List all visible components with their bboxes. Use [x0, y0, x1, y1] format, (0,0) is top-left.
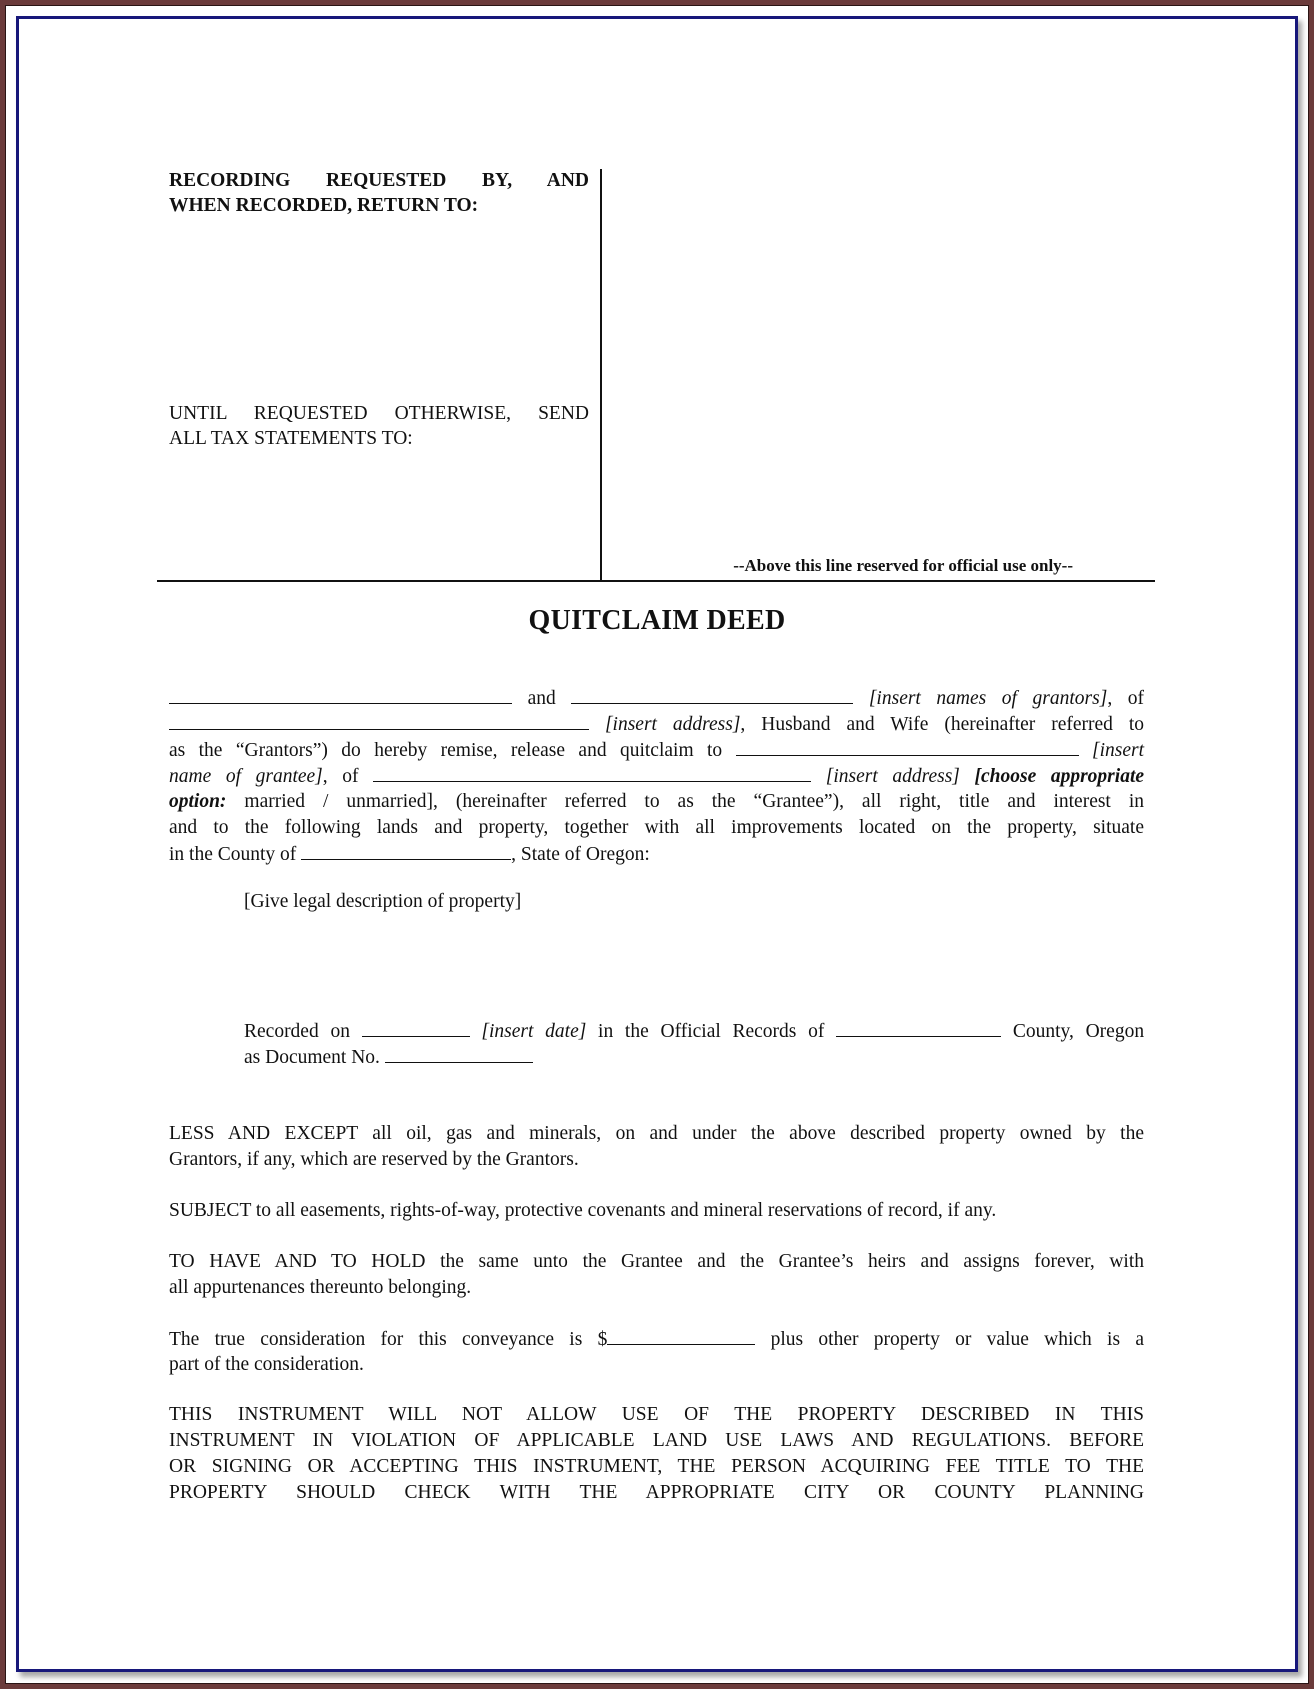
grant-line-2: [insert address], Husband and Wife (here… — [169, 711, 1144, 737]
grant-line-1: and [insert names of grantors], of — [169, 685, 1144, 711]
consideration-line-2: part of the consideration. — [169, 1352, 1144, 1378]
document-number-blank[interactable] — [385, 1044, 533, 1063]
grantee-name-blank[interactable] — [736, 737, 1079, 756]
recorded-line-2: as Document No. — [244, 1044, 1144, 1070]
to-have-line-1: TO HAVE AND TO HOLD the same unto the Gr… — [169, 1249, 1144, 1275]
page-title: QUITCLAIM DEED — [0, 605, 1314, 637]
land-use-warning-paragraph: THIS INSTRUMENT WILL NOT ALLOW USE OF TH… — [169, 1402, 1144, 1506]
grantee-address-blank[interactable] — [373, 763, 811, 782]
recording-requested-line-2: WHEN RECORDED, RETURN TO: — [169, 193, 589, 218]
warning-line-3: OR SIGNING OR ACCEPTING THIS INSTRUMENT,… — [169, 1454, 1144, 1480]
grant-line-5: option: married / unmarried], (hereinaft… — [169, 789, 1144, 815]
record-date-blank[interactable] — [362, 1018, 470, 1037]
grantor-address-blank[interactable] — [169, 711, 589, 730]
grant-line-4: name of grantee], of [insert address] [c… — [169, 763, 1144, 789]
consideration-amount-blank[interactable] — [607, 1326, 755, 1345]
grant-line-7: in the County of , State of Oregon: — [169, 841, 1144, 867]
subject-paragraph: SUBJECT to all easements, rights-of-way,… — [169, 1198, 1144, 1224]
grant-line-6: and to the following lands and property,… — [169, 815, 1144, 841]
header-divider-horizontal — [157, 580, 1155, 582]
warning-line-1: THIS INSTRUMENT WILL NOT ALLOW USE OF TH… — [169, 1402, 1144, 1428]
legal-description-placeholder: [Give legal description of property] — [244, 889, 521, 915]
header-divider-vertical — [600, 169, 602, 580]
grantor-1-blank[interactable] — [169, 685, 512, 704]
tax-statements-line-1: UNTIL REQUESTED OTHERWISE, SEND — [169, 401, 589, 426]
grant-paragraph: and [insert names of grantors], of [inse… — [169, 685, 1144, 867]
recording-requested-line-1: RECORDING REQUESTED BY, AND — [169, 168, 589, 193]
document-page: RECORDING REQUESTED BY, AND WHEN RECORDE… — [0, 0, 1314, 1689]
warning-line-4: PROPERTY SHOULD CHECK WITH THE APPROPRIA… — [169, 1480, 1144, 1506]
tax-statements-line-2: ALL TAX STATEMENTS TO: — [169, 426, 589, 451]
less-except-line-1: LESS AND EXCEPT all oil, gas and mineral… — [169, 1121, 1144, 1147]
to-have-paragraph: TO HAVE AND TO HOLD the same unto the Gr… — [169, 1249, 1144, 1301]
warning-line-2: INSTRUMENT IN VIOLATION OF APPLICABLE LA… — [169, 1428, 1144, 1454]
less-except-line-2: Grantors, if any, which are reserved by … — [169, 1147, 1144, 1173]
recorded-line-1: Recorded on [insert date] in the Officia… — [244, 1018, 1144, 1044]
consideration-paragraph: The true consideration for this conveyan… — [169, 1326, 1144, 1378]
grant-line-3: as the “Grantors”) do hereby remise, rel… — [169, 737, 1144, 763]
record-county-blank[interactable] — [836, 1018, 1001, 1037]
consideration-line-1: The true consideration for this conveyan… — [169, 1326, 1144, 1352]
subject-line: SUBJECT to all easements, rights-of-way,… — [169, 1198, 1144, 1224]
grantor-2-blank[interactable] — [571, 685, 853, 704]
recording-requested-block: RECORDING REQUESTED BY, AND WHEN RECORDE… — [169, 168, 589, 218]
recorded-paragraph: Recorded on [insert date] in the Officia… — [244, 1018, 1144, 1070]
official-use-note: --Above this line reserved for official … — [600, 556, 1155, 576]
less-except-paragraph: LESS AND EXCEPT all oil, gas and mineral… — [169, 1121, 1144, 1173]
county-blank[interactable] — [301, 841, 511, 860]
to-have-line-2: all appurtenances thereunto belonging. — [169, 1275, 1144, 1301]
tax-statements-block: UNTIL REQUESTED OTHERWISE, SEND ALL TAX … — [169, 401, 589, 451]
